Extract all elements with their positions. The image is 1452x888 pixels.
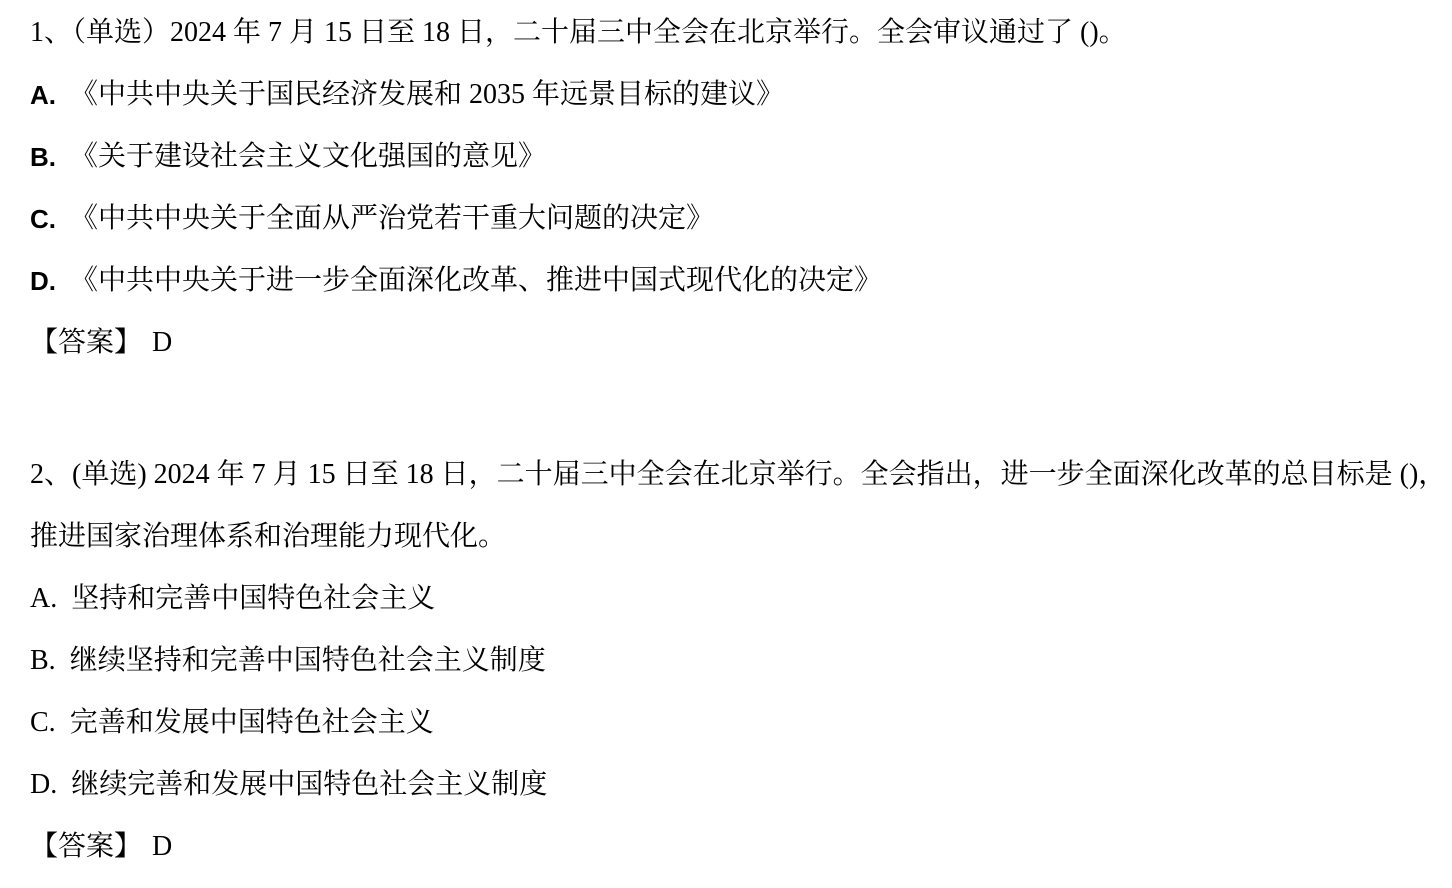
option-text: 坚持和完善中国特色社会主义 — [71, 585, 435, 613]
option-text: 《中共中央关于全面从严治党若干重大问题的决定》 — [70, 205, 714, 233]
question-1-option-a: A. 《中共中央关于国民经济发展和 2035 年远景目标的建议》 — [30, 64, 1432, 126]
option-letter: D. — [30, 268, 56, 294]
question-2-option-d: D. 继续完善和发展中国特色社会主义制度 — [30, 754, 1432, 816]
option-text: 《中共中央关于国民经济发展和 2035 年远景目标的建议》 — [70, 81, 784, 109]
option-letter: C. — [30, 206, 56, 232]
option-letter: B. — [30, 144, 56, 170]
question-1-option-b: B. 《关于建设社会主义文化强国的意见》 — [30, 126, 1432, 188]
question-2-option-a: A. 坚持和完善中国特色社会主义 — [30, 568, 1432, 630]
question-1-option-d: D. 《中共中央关于进一步全面深化改革、推进中国式现代化的决定》 — [30, 250, 1432, 312]
option-letter: D. — [30, 771, 57, 799]
answer-value: D — [152, 833, 172, 861]
question-2-stem-line-2: 推进国家治理体系和治理能力现代化。 — [30, 506, 1432, 568]
question-2-answer: 【答案】 D — [30, 816, 1432, 878]
answer-label: 【答案】 — [30, 833, 142, 861]
option-text: 完善和发展中国特色社会主义 — [70, 709, 434, 737]
question-1: 1、（单选）2024 年 7 月 15 日至 18 日，二十届三中全会在北京举行… — [30, 2, 1432, 374]
answer-value: D — [152, 329, 172, 357]
question-separator — [30, 374, 1432, 444]
option-letter: A. — [30, 82, 56, 108]
question-1-option-c: C. 《中共中央关于全面从严治党若干重大问题的决定》 — [30, 188, 1432, 250]
question-2-option-c: C. 完善和发展中国特色社会主义 — [30, 692, 1432, 754]
option-letter: B. — [30, 647, 56, 675]
question-1-stem: 1、（单选）2024 年 7 月 15 日至 18 日，二十届三中全会在北京举行… — [30, 2, 1432, 64]
question-2-option-b: B. 继续坚持和完善中国特色社会主义制度 — [30, 630, 1432, 692]
option-text: 继续坚持和完善中国特色社会主义制度 — [70, 647, 546, 675]
option-text: 继续完善和发展中国特色社会主义制度 — [71, 771, 547, 799]
document-page: 1、（单选）2024 年 7 月 15 日至 18 日，二十届三中全会在北京举行… — [0, 0, 1452, 878]
question-2-stem-line-1: 2、(单选) 2024 年 7 月 15 日至 18 日，二十届三中全会在北京举… — [30, 444, 1432, 506]
option-text: 《中共中央关于进一步全面深化改革、推进中国式现代化的决定》 — [70, 267, 882, 295]
question-2: 2、(单选) 2024 年 7 月 15 日至 18 日，二十届三中全会在北京举… — [30, 444, 1432, 878]
answer-label: 【答案】 — [30, 329, 142, 357]
option-text: 《关于建设社会主义文化强国的意见》 — [70, 143, 546, 171]
option-letter: A. — [30, 585, 57, 613]
option-letter: C. — [30, 709, 56, 737]
question-1-answer: 【答案】 D — [30, 312, 1432, 374]
